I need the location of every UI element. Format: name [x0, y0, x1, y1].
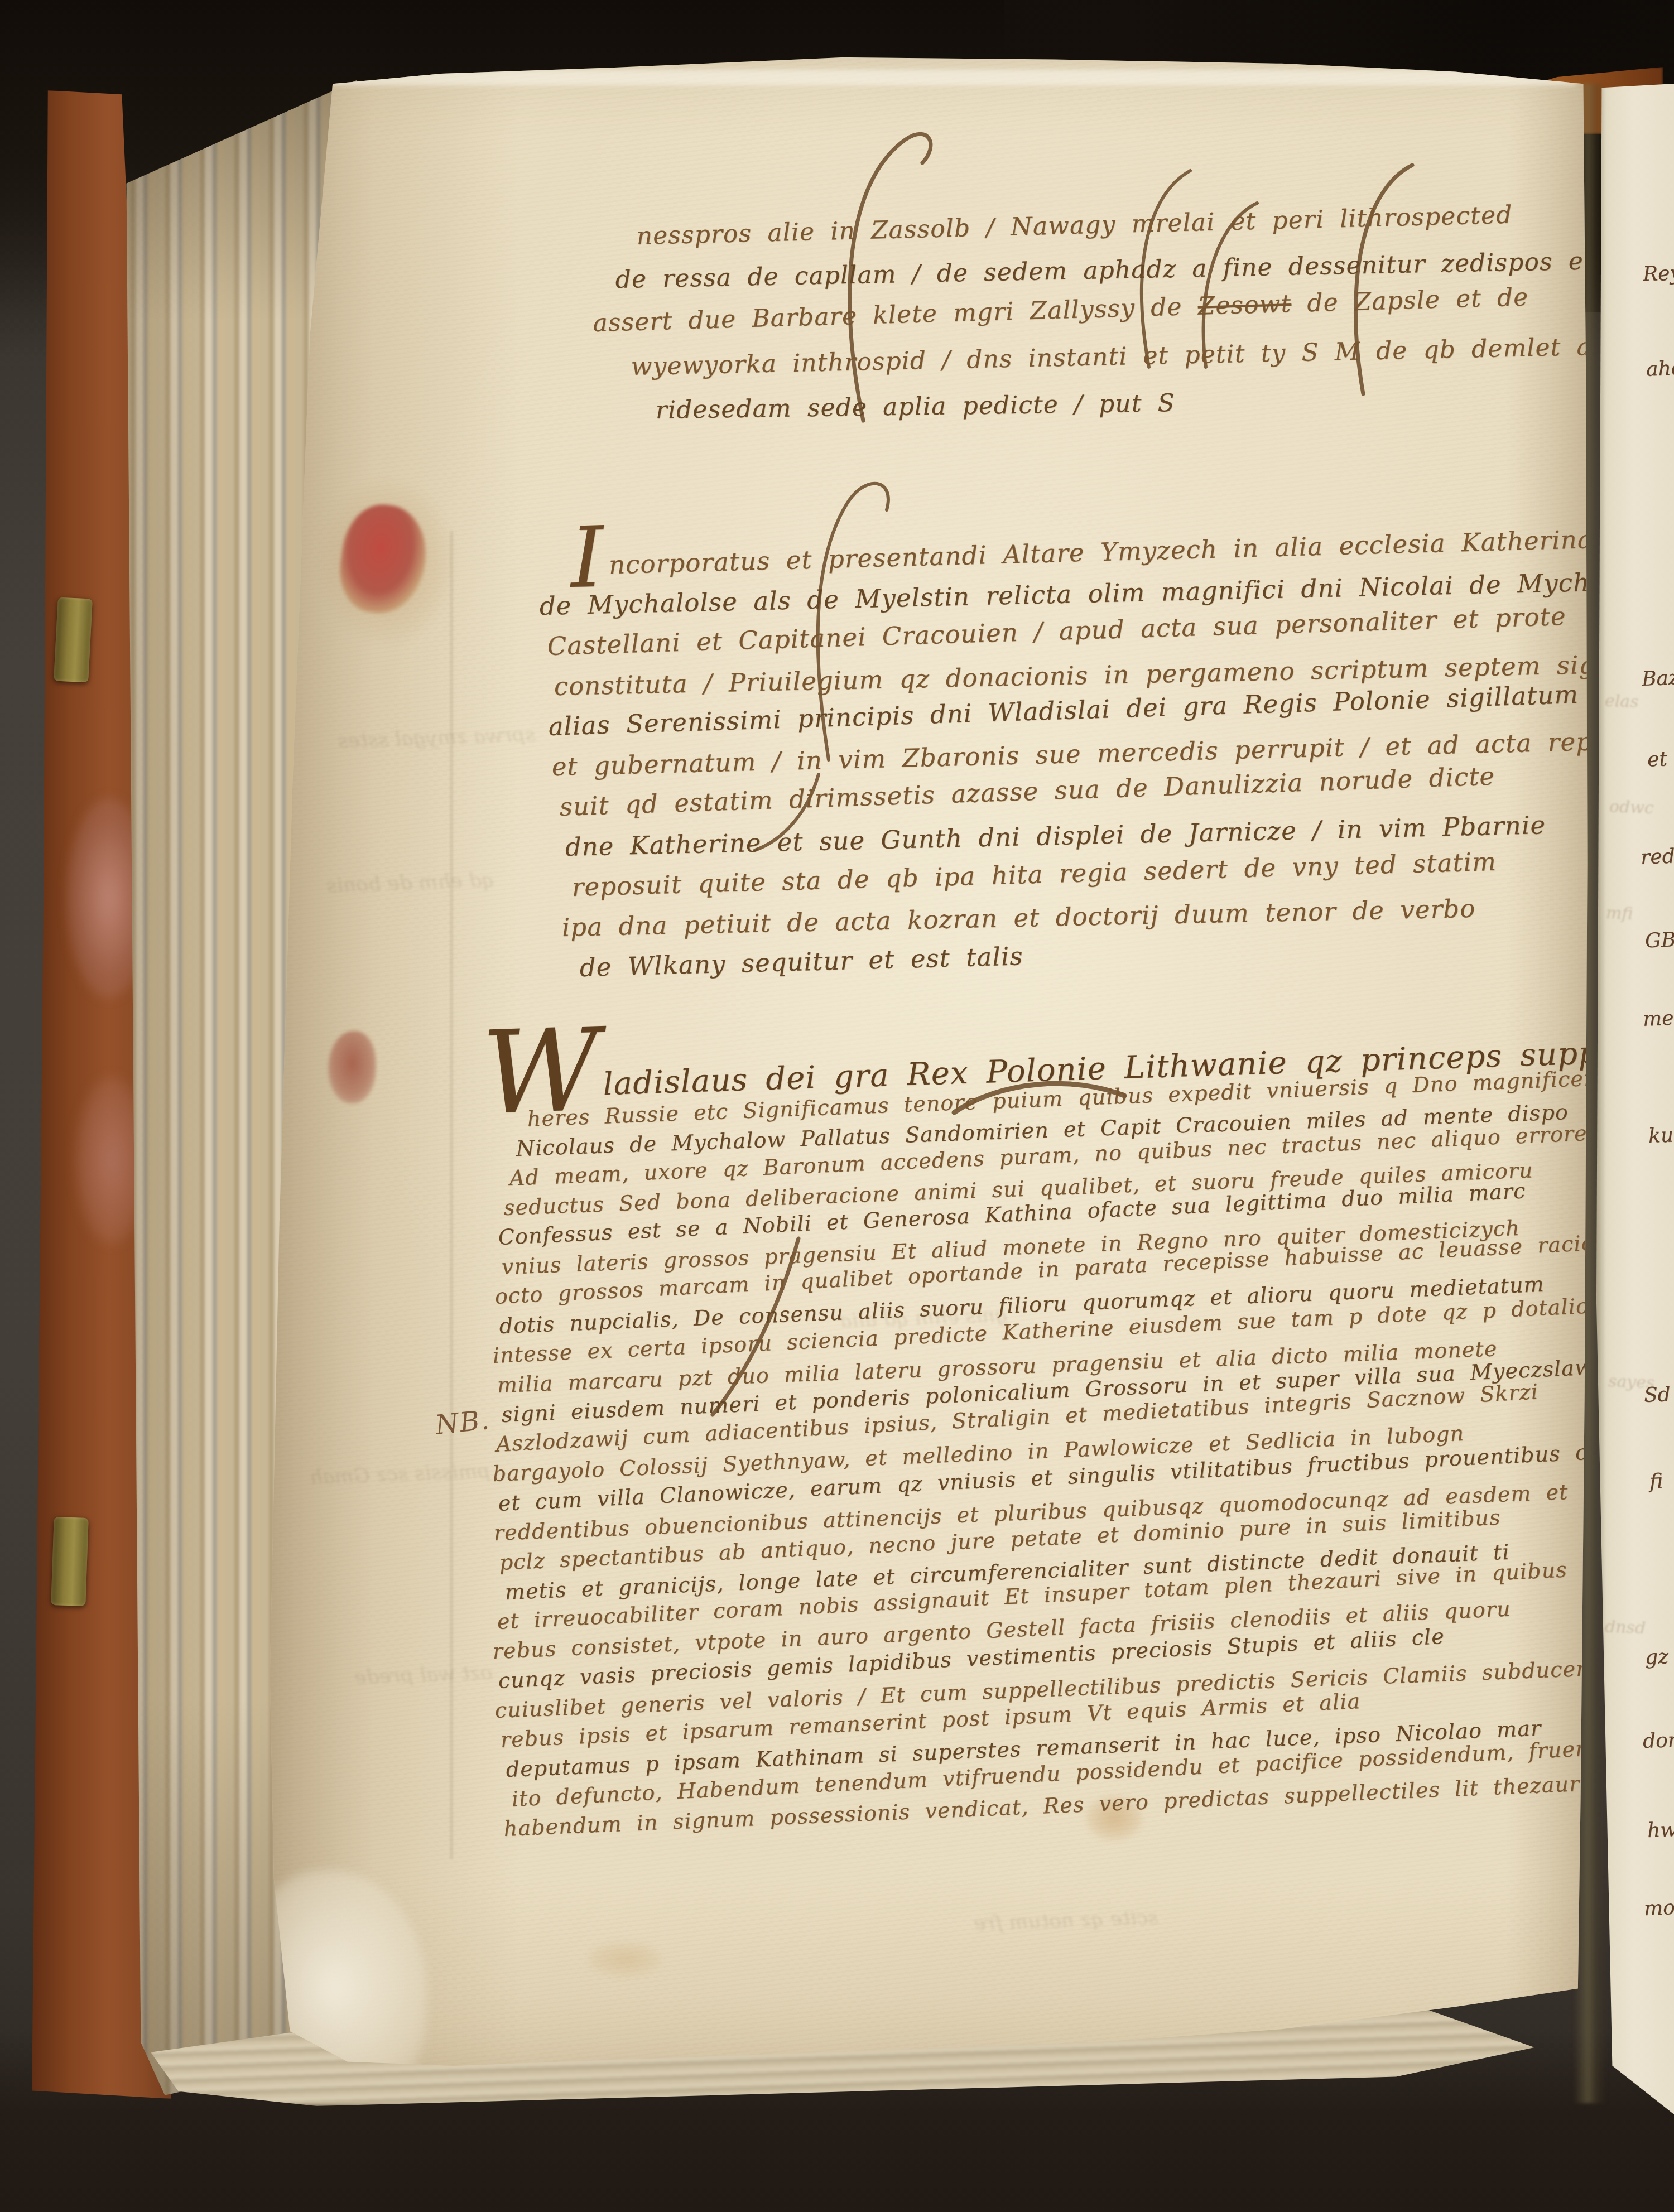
edge-text-fragment: mo	[1643, 1896, 1674, 1920]
brass-clasp-upper	[54, 597, 93, 682]
brass-clasp-lower	[51, 1517, 88, 1606]
wax-stain-small	[328, 1031, 376, 1103]
edge-text-fragment: GBz	[1644, 928, 1674, 953]
edge-text-fragment: gz	[1644, 1645, 1668, 1669]
nota-bene-note: NB.	[434, 1404, 492, 1441]
manuscript-photo: { "palette": { "background": "#3f3933", …	[0, 0, 1674, 2212]
manuscript-page: sprwa zmygal sstes qd ehm de bonis pmiss…	[254, 51, 1589, 2082]
edge-text-fragment: Bazpa	[1641, 666, 1674, 691]
ghost-text: odwc	[1609, 797, 1654, 818]
edge-text-fragment: Sd	[1643, 1383, 1671, 1407]
edge-text-fragment: Reyn	[1642, 261, 1674, 286]
ghost-text: ozt wal prede	[354, 1661, 493, 1689]
edge-text-fragment: ahe d	[1646, 356, 1674, 380]
edge-text-fragment: et ni	[1647, 747, 1674, 772]
ghost-text: elas	[1604, 691, 1639, 712]
edge-text-fragment: reddi	[1640, 844, 1674, 869]
ghost-text: mfi	[1605, 903, 1633, 924]
entry-note-block: nesspros alie in Zassolb / Nawagy mrelai…	[589, 222, 1609, 440]
edge-text-fragment: hw	[1647, 1818, 1674, 1842]
edge-text-fragment: fi	[1649, 1470, 1663, 1493]
edge-text-fragment: kur	[1648, 1124, 1674, 1148]
entry-record-block: Incorporatus et presentandi Altare Ymyze…	[540, 551, 1652, 993]
edge-text-fragment: dor	[1642, 1729, 1674, 1753]
foxing-spot	[589, 1943, 661, 1976]
ghost-text: dnsd	[1604, 1617, 1646, 1638]
struck-word: Zesowt	[1197, 290, 1292, 321]
edge-text-fragment: mehe	[1642, 1006, 1674, 1030]
royal-charter-block: Wladislaus dei gra Rex Polonie Lithwanie…	[493, 1070, 1674, 1846]
